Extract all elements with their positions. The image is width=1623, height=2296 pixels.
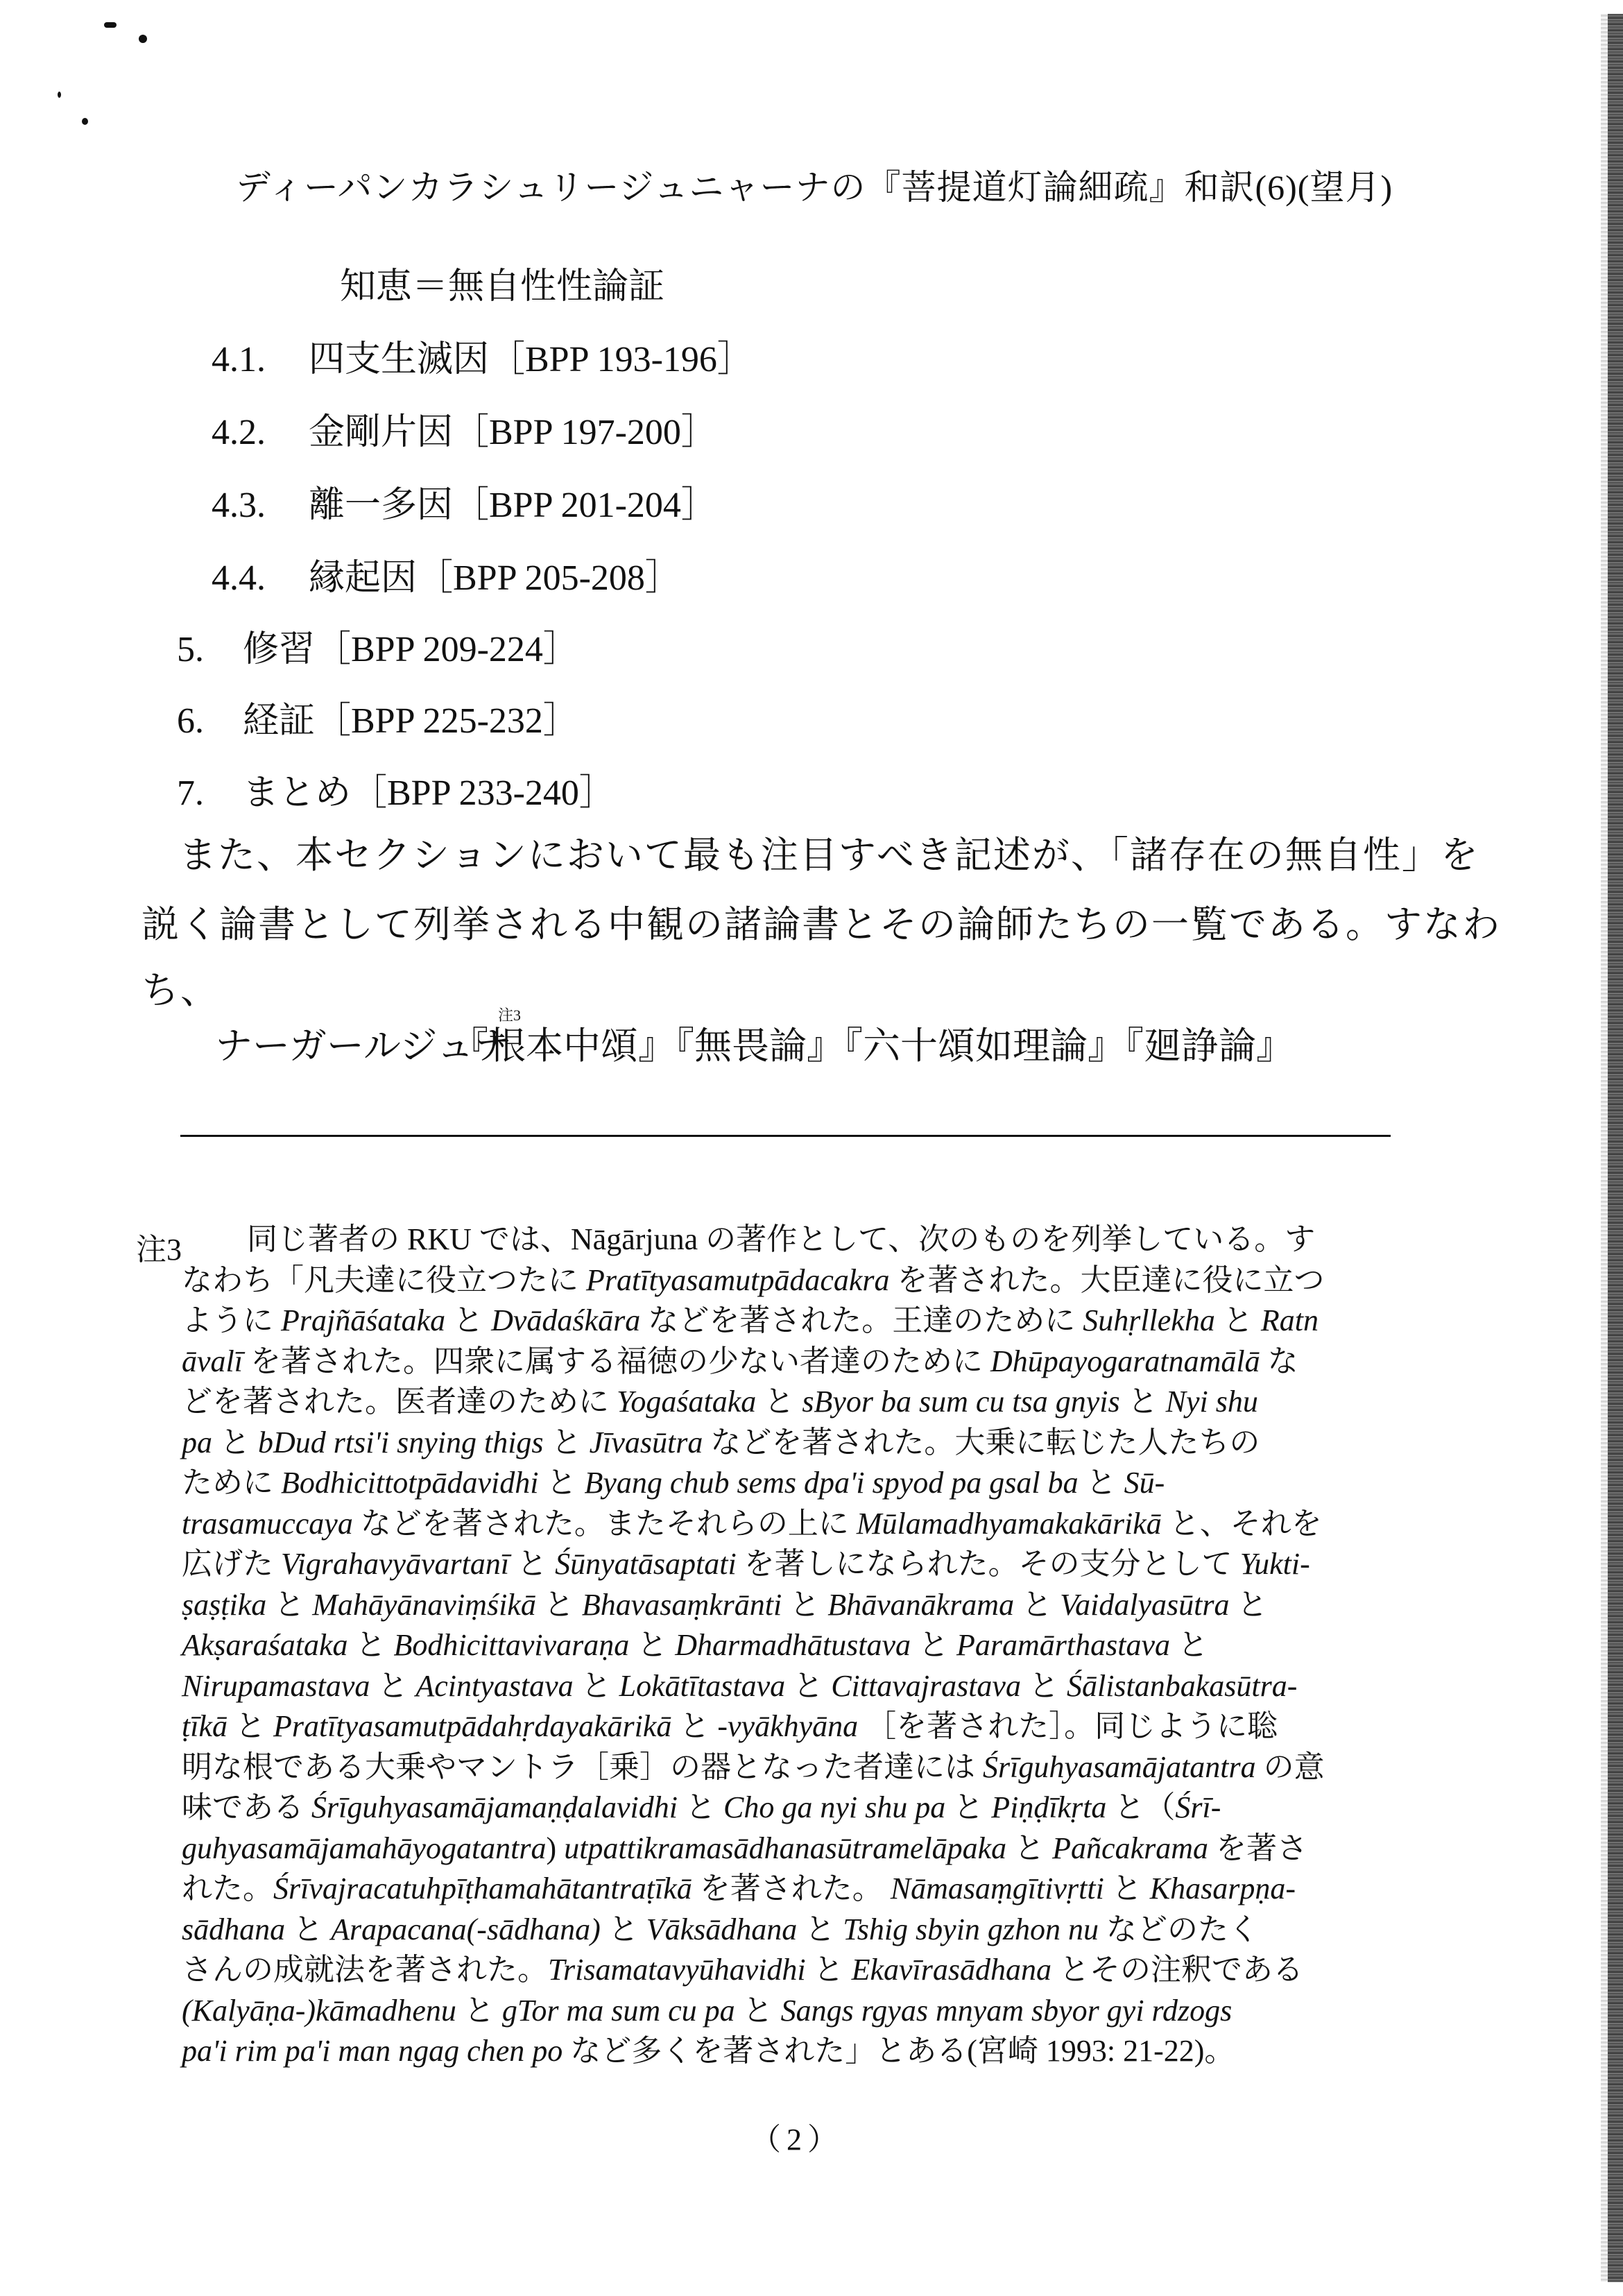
outline-label: 修習［BPP 209-224］ bbox=[243, 619, 579, 671]
outline-label: 経証［BPP 225-232］ bbox=[243, 691, 579, 743]
footnote-line: どを著された。医者達のために Yogaśataka と sByor ba sum… bbox=[182, 1387, 1258, 1417]
section-title: 知恵＝無自性性論証 bbox=[340, 257, 664, 309]
footnote-line: 味である Śrīguhyasamājamaṇḍalavidhi と Cho ga… bbox=[182, 1792, 1221, 1823]
outline-item: 6.経証［BPP 225-232］ bbox=[177, 691, 579, 743]
footnote-line: āvalī を著された。四衆に属する福徳の少ない者達のために Dhūpayoga… bbox=[182, 1346, 1298, 1377]
footnote-line: ように Prajñāśataka と Dvādaśkāra などを著された。王達… bbox=[182, 1305, 1319, 1336]
scan-speck bbox=[58, 92, 61, 98]
footnote-line: れた。Śrīvajracatuhpīṭhamahātantraṭīkā を著され… bbox=[182, 1874, 1296, 1904]
footnote-line: なわち「凡夫達に役立つたに Pratītyasamutpādacakra を著さ… bbox=[182, 1265, 1325, 1296]
running-header: ディーパンカラシュリージュニャーナの『菩提道灯論細疏』和訳(6)(望月) bbox=[236, 160, 1393, 209]
footnote-line: pa と bDud rtsi'i snying thigs と Jīvasūtr… bbox=[182, 1428, 1260, 1458]
body-line: ち、 bbox=[141, 961, 219, 1014]
footnote-line: guhyasamājamahāyogatantra) utpattikramas… bbox=[182, 1833, 1307, 1864]
outline-number: 4.2. bbox=[212, 412, 309, 453]
outline-item: 4.2.金剛片因［BPP 197-200］ bbox=[212, 402, 717, 454]
scan-speck bbox=[104, 22, 117, 28]
footnote-rule bbox=[180, 1135, 1391, 1137]
outline-label: まとめ［BPP 233-240］ bbox=[243, 763, 615, 815]
footnote-line: (Kalyāṇa-)kāmadhenu と gTor ma sum cu pa … bbox=[182, 1996, 1232, 2026]
outline-item: 4.3.離一多因［BPP 201-204］ bbox=[212, 475, 717, 527]
footnote-line: 同じ著者の RKU では、Nāgārjuna の著作として、次のものを列挙してい… bbox=[247, 1224, 1315, 1255]
footnote-line: さんの成就法を著された。Trisamatavyūhavidhi と Ekavīr… bbox=[182, 1955, 1303, 1985]
outline-label: 離一多因［BPP 201-204］ bbox=[309, 475, 717, 527]
footnote-line: ṭīkā と Pratītyasamutpādahṛdayakārikā と -… bbox=[182, 1711, 1278, 1742]
footnote-line: pa'i rim pa'i man ngag chen po など多くを著された… bbox=[182, 2036, 1235, 2066]
outline-item: 4.1.四支生滅因［BPP 193-196］ bbox=[212, 329, 753, 382]
footnote-line: Akṣaraśataka と Bodhicittavivaraṇa と Dhar… bbox=[182, 1630, 1208, 1661]
body-line: また、本セクションにおいて最も注目すべき記述が、「諸存在の無自性」を bbox=[179, 825, 1479, 879]
footnote-line: 明な根である大乗やマントラ［乗］の器となった者達には Śrīguhyasamāj… bbox=[182, 1752, 1325, 1783]
outline-label: 四支生滅因［BPP 193-196］ bbox=[309, 329, 753, 382]
outline-number: 4.3. bbox=[212, 485, 309, 526]
outline-item: 7.まとめ［BPP 233-240］ bbox=[177, 763, 615, 815]
footnote-line: sādhana と Arapacana(-sādhana) と Vāksādha… bbox=[182, 1914, 1259, 1945]
outline-number: 4.1. bbox=[212, 339, 309, 380]
scan-speck bbox=[82, 118, 88, 125]
outline-number: 5. bbox=[177, 629, 243, 670]
page-number: （2） bbox=[750, 2114, 843, 2159]
footnote-line: trasamuccaya などを著された。またそれらの上に Mūlamadhya… bbox=[182, 1509, 1322, 1539]
footnote-line: ために Bodhicittotpādavidhi と Byang chub se… bbox=[182, 1468, 1165, 1498]
works-list: 『根本中頌』『無畏論』『六十頌如理論』『廻諍論』 bbox=[451, 1016, 1294, 1070]
footnote-line: Nirupamastava と Acintyastava と Lokātītas… bbox=[182, 1671, 1297, 1702]
scan-edge-strip bbox=[1608, 14, 1623, 2282]
footnote-line: 広げた Vigrahavyāvartanī と Śūnyatāsaptati を… bbox=[182, 1549, 1310, 1579]
outline-number: 6. bbox=[177, 701, 243, 742]
footnote-label: 注3 bbox=[136, 1224, 182, 1269]
body-line: 説く論書として列挙される中観の諸論書とその論師たちの一覧である。すなわ bbox=[141, 895, 1501, 948]
outline-item: 5.修習［BPP 209-224］ bbox=[177, 619, 579, 671]
outline-label: 縁起因［BPP 205-208］ bbox=[309, 548, 681, 600]
scan-speck bbox=[139, 35, 147, 43]
scan-edge-noise bbox=[1601, 14, 1608, 2282]
outline-number: 4.4. bbox=[212, 558, 309, 599]
outline-number: 7. bbox=[177, 773, 243, 814]
footnote-line: ṣaṣṭika と Mahāyānaviṃśikā と Bhavasaṃkrān… bbox=[182, 1590, 1268, 1620]
outline-label: 金剛片因［BPP 197-200］ bbox=[309, 402, 717, 454]
outline-item: 4.4.縁起因［BPP 205-208］ bbox=[212, 548, 681, 600]
